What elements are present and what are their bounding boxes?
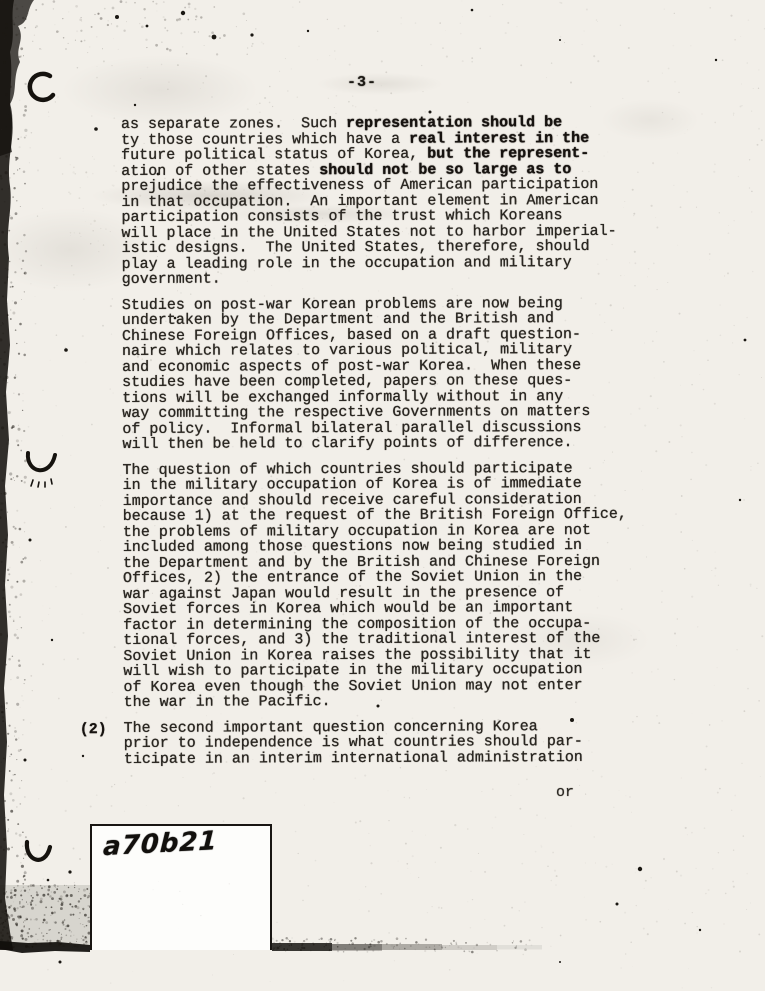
typewritten-line: government. — [122, 270, 626, 288]
paragraph: The question of which countries should p… — [123, 460, 628, 710]
document-body: as separate zones. Such representation s… — [121, 115, 628, 777]
bottom-streak-right — [272, 943, 542, 951]
scanned-document-page: -3- as separate zones. Such representati… — [0, 0, 765, 991]
top-left-corner-blotch — [0, 0, 34, 156]
paragraph-marker: (2) — [80, 722, 107, 738]
bottom-streak-left — [0, 941, 90, 953]
crescent-mark-middle — [28, 453, 55, 470]
crescent-mark-top — [30, 74, 53, 100]
paragraph: (2)The second important question concern… — [124, 718, 628, 767]
annotation-box: a70b21 — [90, 824, 272, 950]
page-number: -3- — [347, 74, 377, 91]
typewritten-line: will then be held to clarify points of d… — [122, 435, 626, 453]
typewritten-line: of Korea even though the Soviet Union ma… — [123, 677, 627, 695]
paragraph: Studies on post-war Korean problems are … — [122, 295, 627, 452]
typewritten-line: ticipate in an interim international adm… — [124, 749, 628, 767]
paragraph: as separate zones. Such representation s… — [121, 115, 626, 288]
handwritten-code: a70b21 — [102, 823, 269, 862]
bottom-left-noise-patch — [0, 885, 90, 947]
crescent-mark-bottom — [27, 842, 50, 860]
left-edge-band — [0, 0, 14, 950]
typewritten-line: the war in the Pacific. — [124, 693, 628, 711]
crescent-mark-middle-ticks — [31, 479, 52, 487]
typewritten-line: play a leading role in the occupation an… — [122, 254, 626, 272]
continuation-word: or — [556, 784, 574, 801]
